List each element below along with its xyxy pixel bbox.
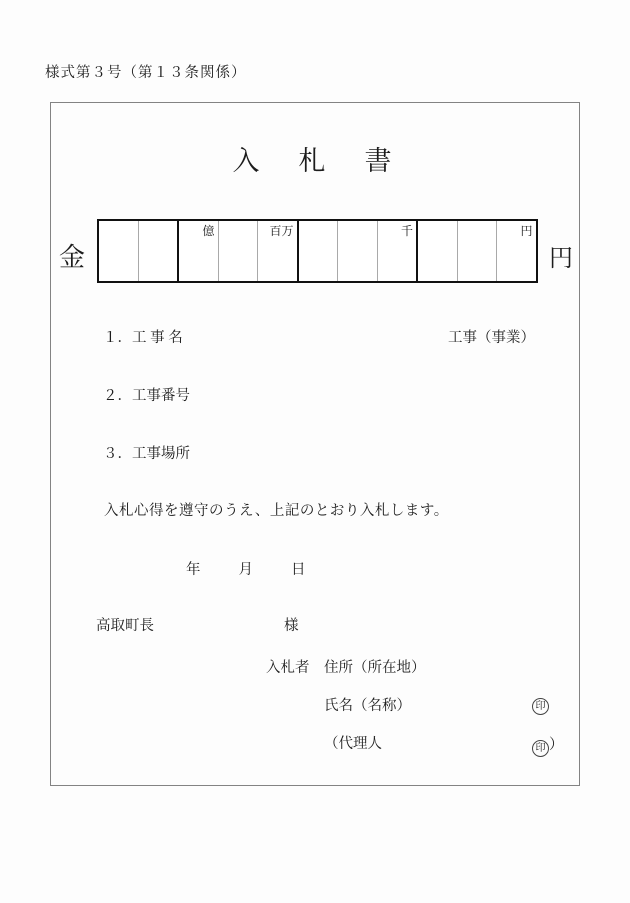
- page-title: 入 札 書: [51, 139, 579, 178]
- amount-digit-cell: 億: [179, 221, 218, 281]
- amount-unit-label: 百万: [269, 222, 293, 239]
- amount-digit-cell: 円: [496, 221, 536, 281]
- amount-group-yen: 円: [416, 221, 536, 281]
- item-work-name: １．工 事 名: [103, 326, 183, 347]
- amount-digit-cell: [418, 221, 457, 281]
- amount-group-oku: [99, 221, 177, 281]
- agent-seal: 印）: [532, 733, 564, 757]
- amount-group-million: 億 百万: [177, 221, 297, 281]
- amount-table: 億 百万 千 円: [97, 219, 538, 283]
- form-number: 様式第３号（第１３条関係）: [45, 61, 247, 82]
- amount-unit-label: 千: [401, 222, 413, 239]
- item-work-number: ２．工事番号: [103, 384, 190, 405]
- amount-digit-cell: [218, 221, 258, 281]
- bidder-address-label: 入札者 住所（所在地）: [266, 656, 426, 677]
- amount-digit-cell: [138, 221, 178, 281]
- addressee-name: 高取町長: [96, 614, 154, 635]
- bid-sheet: 入 札 書 金 億 百万 千 円 円 １．工 事 名 工事（事業） ２．工事番号…: [50, 102, 580, 786]
- seal-icon: 印: [532, 698, 549, 715]
- amount-digit-cell: 百万: [257, 221, 297, 281]
- agent-close-paren: ）: [549, 737, 564, 753]
- amount-unit-label: 億: [202, 222, 214, 239]
- amount-digit-cell: [99, 221, 138, 281]
- pledge-text: 入札心得を遵守のうえ、上記のとおり入札します。: [104, 499, 449, 520]
- amount-digit-cell: [337, 221, 377, 281]
- bidder-name-label: 氏名（名称）: [324, 694, 411, 715]
- item-work-name-suffix: 工事（事業）: [448, 326, 535, 347]
- amount-digit-cell: 千: [377, 221, 417, 281]
- amount-prefix-kin: 金: [59, 237, 85, 274]
- amount-digit-cell: [299, 221, 338, 281]
- item-work-location: ３．工事場所: [103, 442, 190, 463]
- amount-unit-label: 円: [520, 222, 532, 239]
- date-line: 年 月 日: [186, 558, 309, 579]
- bidder-agent-label: （代理人: [324, 732, 382, 753]
- amount-digit-cell: [457, 221, 497, 281]
- amount-group-thousand: 千: [297, 221, 417, 281]
- seal-icon: 印: [532, 740, 549, 757]
- amount-suffix-yen: 円: [549, 238, 573, 273]
- name-seal: 印: [532, 695, 549, 715]
- addressee-honorific: 様: [284, 614, 299, 635]
